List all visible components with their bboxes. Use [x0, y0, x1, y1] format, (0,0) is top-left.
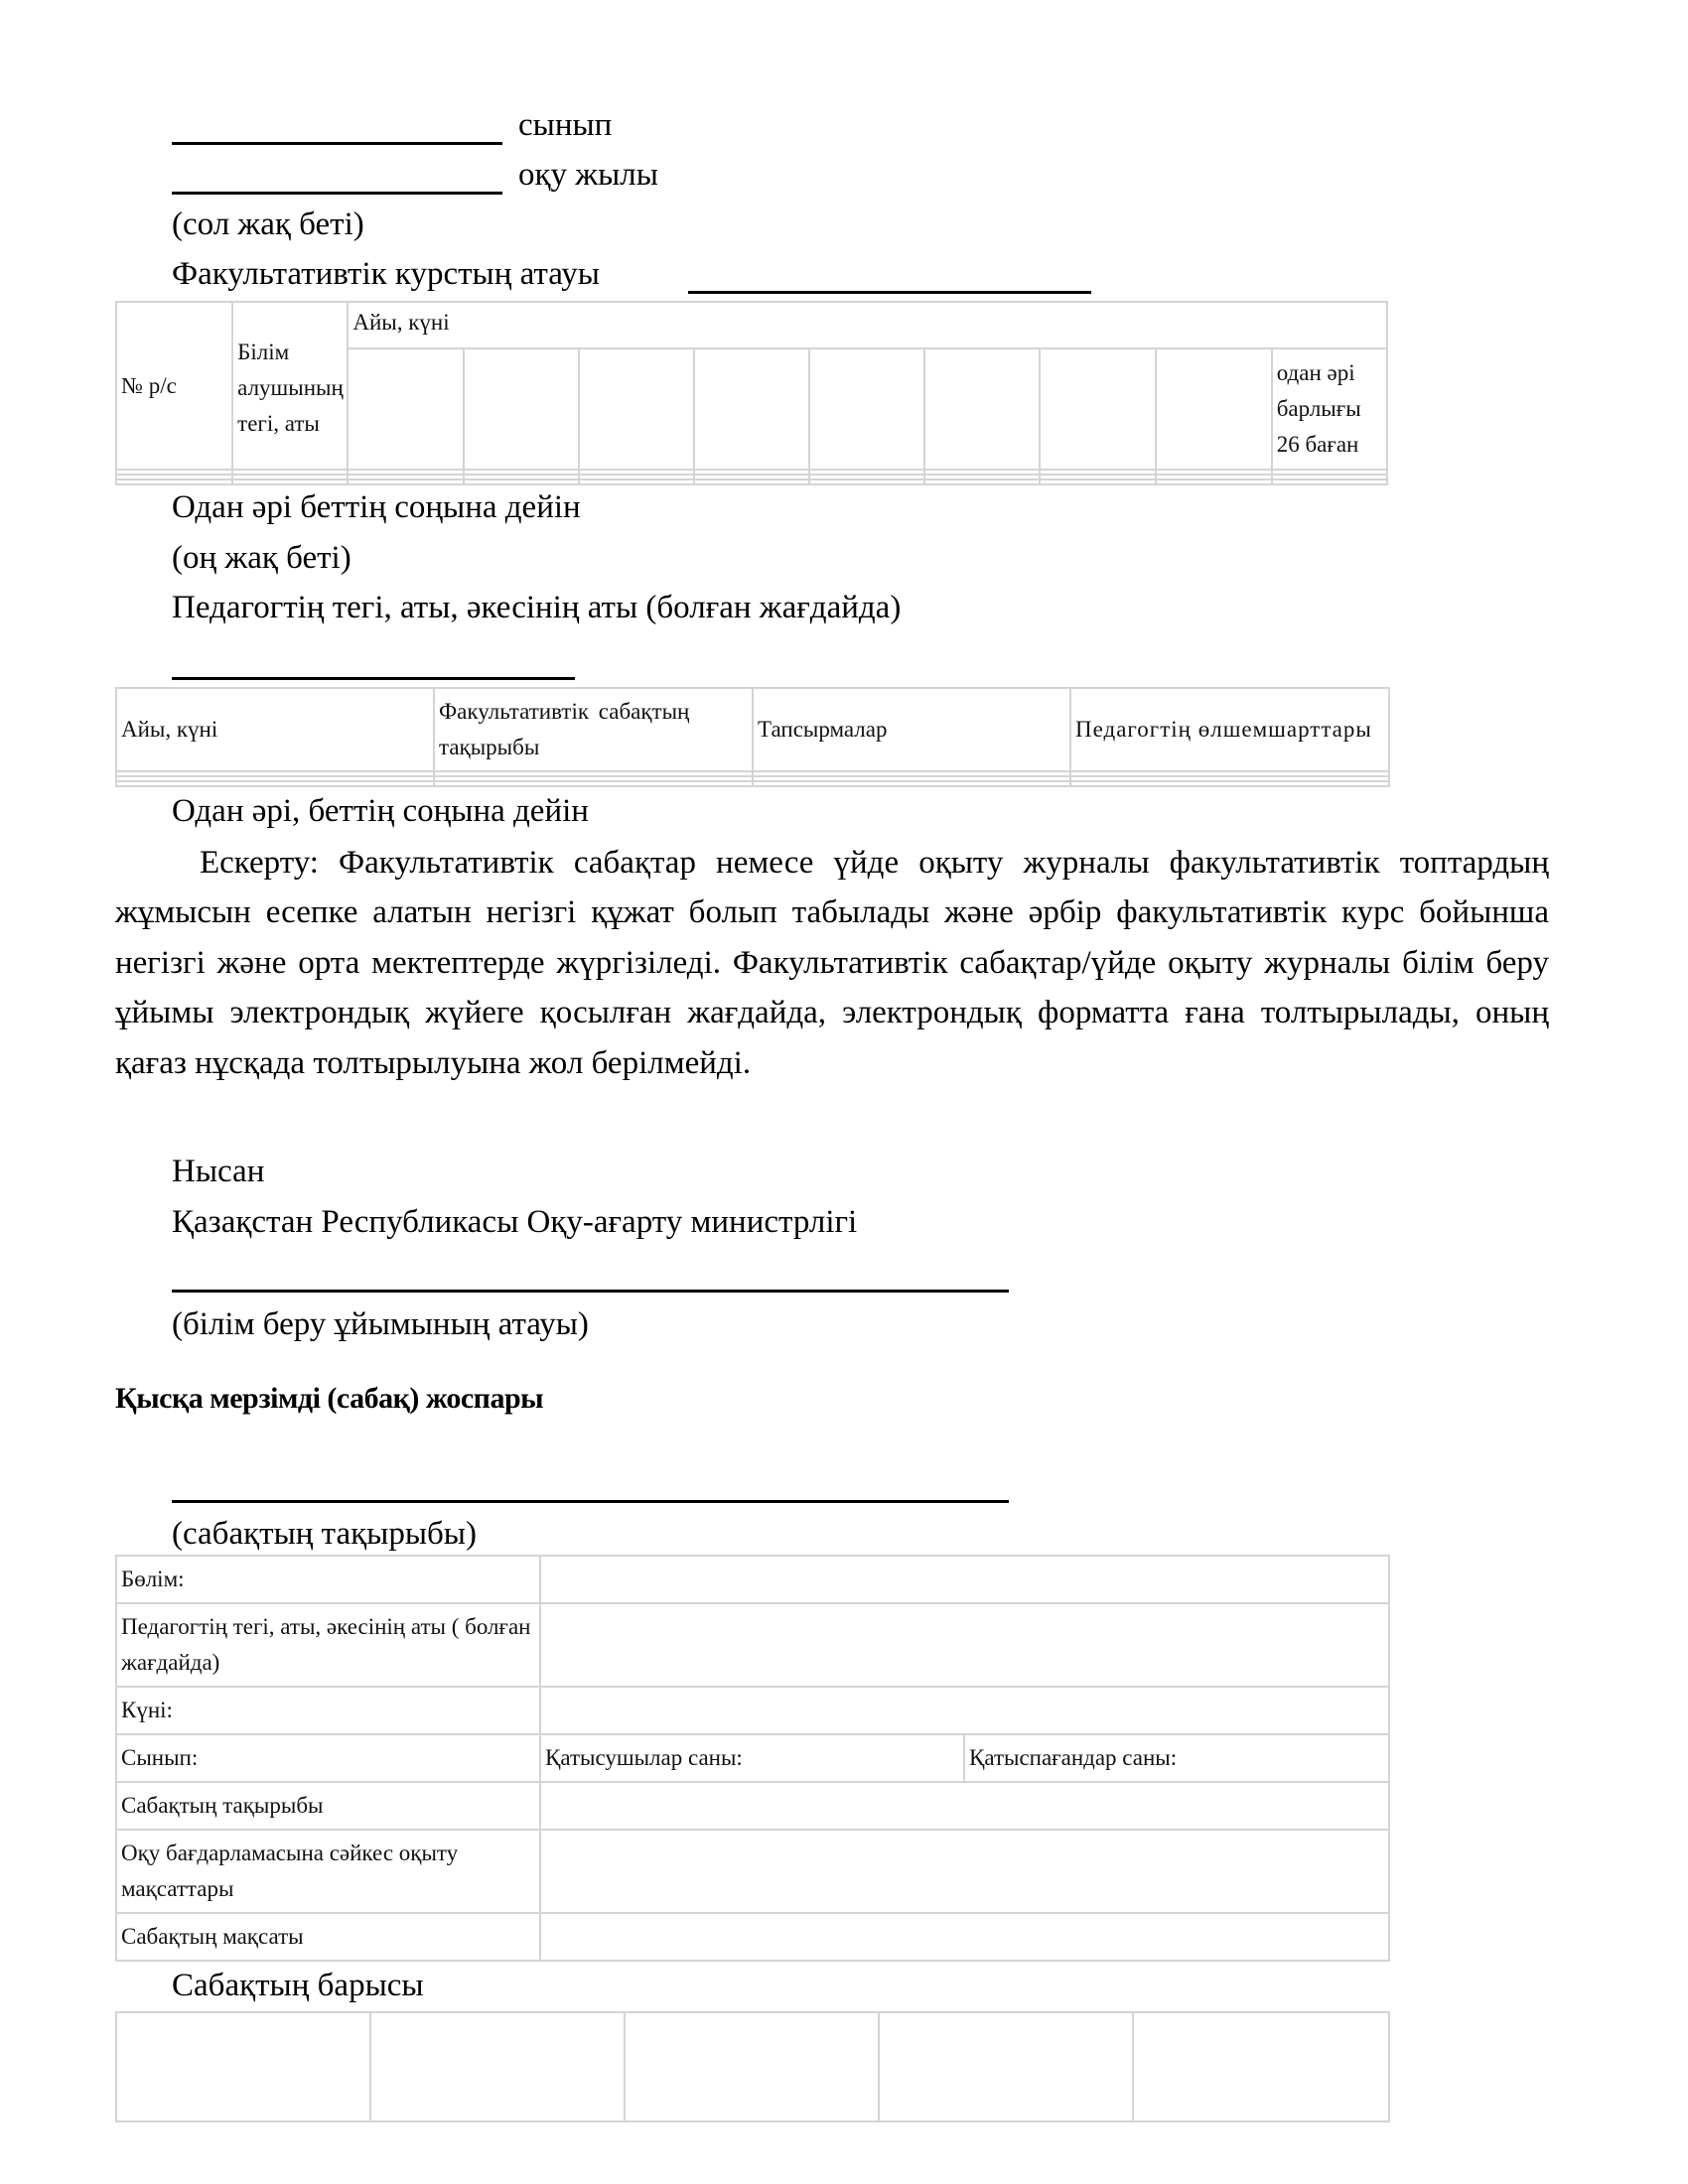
plan-teacher-label: Педагогтің тегі, аты, әкесінің аты ( бол… [116, 1603, 540, 1687]
flow-cell[interactable] [116, 2012, 370, 2121]
plan-goal-label: Сабақтың мақсаты [116, 1913, 540, 1961]
flow-cell[interactable] [879, 2012, 1133, 2121]
note-paragraph: Ескерту: Факультативтік сабақтар немесе … [115, 838, 1549, 1088]
plan-goal-value[interactable] [540, 1913, 1389, 1961]
plan-date-label: Күні: [116, 1687, 540, 1734]
lesson-flow-label: Сабақтың барысы [172, 1966, 424, 2005]
plan-section-value[interactable] [540, 1556, 1389, 1603]
plan-section-label: Бөлім: [116, 1556, 540, 1603]
ministry-label: Қазақстан Республикасы Оқу-ағарту минист… [172, 1202, 857, 1242]
date-cell[interactable] [348, 348, 463, 470]
journal-table: № р/с Білім алушының тегі, аты Айы, күні… [115, 301, 1388, 485]
year-blank-line[interactable] [172, 192, 502, 195]
date-cell[interactable] [464, 348, 579, 470]
form-label: Нысан [172, 1152, 264, 1191]
date-cell[interactable] [1040, 348, 1155, 470]
plan-present-label: Қатысушылар саны: [540, 1734, 964, 1782]
plan-teacher-value[interactable] [540, 1603, 1389, 1687]
flow-cell[interactable] [1133, 2012, 1389, 2121]
col-student-header: Білім алушының тегі, аты [232, 302, 348, 470]
lesson-topic-blank-line[interactable] [172, 1500, 1009, 1503]
plan-topic-value[interactable] [540, 1782, 1389, 1830]
plan-objectives-label: Оқу бағдарламасына сәйкес оқыту мақсатта… [116, 1830, 540, 1913]
course-name-blank-line[interactable] [688, 291, 1091, 294]
class-label: сынып [518, 105, 612, 145]
right-page-label: (оң жақ беті) [172, 538, 352, 578]
lesson-flow-table [115, 2011, 1390, 2122]
plan-absent-label: Қатыспағандар саны: [964, 1734, 1389, 1782]
course-name-label: Факультативтік курстың атауы [172, 254, 600, 294]
plan-date-value[interactable] [540, 1687, 1389, 1734]
lessons-header-tasks: Тапсырмалар [753, 688, 1070, 771]
plan-grade-label: Сынып: [116, 1734, 540, 1782]
teacher-label: Педагогтің тегі, аты, әкесінің аты (болғ… [172, 588, 901, 627]
date-cell[interactable] [1156, 348, 1272, 470]
col-total-header: одан әрі барлығы 26 баған [1272, 348, 1387, 470]
continue-text-1: Одан әрі беттің соңына дейін [172, 487, 581, 527]
lessons-table: Айы, күні Факультативтік сабақтың тақыры… [115, 687, 1390, 787]
lessons-header-criteria: Педагогтің өлшемшарттары [1070, 688, 1389, 771]
plan-topic-label: Сабақтың тақырыбы [116, 1782, 540, 1830]
col-number-header: № р/с [116, 302, 232, 470]
date-cell[interactable] [809, 348, 924, 470]
flow-cell[interactable] [625, 2012, 879, 2121]
org-name-blank-line[interactable] [172, 1290, 1009, 1293]
plan-objectives-value[interactable] [540, 1830, 1389, 1913]
year-label: оқу жылы [518, 155, 658, 195]
lessons-header-topic: Факультативтік сабақтың тақырыбы [434, 688, 753, 771]
date-cell[interactable] [924, 348, 1040, 470]
plan-table: Бөлім: Педагогтің тегі, аты, әкесінің ат… [115, 1555, 1390, 1962]
lesson-topic-caption: (сабақтың тақырыбы) [172, 1514, 477, 1554]
flow-cell[interactable] [370, 2012, 625, 2121]
plan-title: Қысқа мерзімді (сабақ) жоспары [115, 1382, 543, 1416]
org-name-caption: (білім беру ұйымының атауы) [172, 1304, 589, 1344]
teacher-blank-line[interactable] [172, 677, 575, 680]
continue-text-2: Одан әрі, беттің соңына дейін [172, 791, 589, 831]
lessons-header-date: Айы, күні [116, 688, 434, 771]
class-blank-line[interactable] [172, 142, 502, 145]
left-page-label: (сол жақ беті) [172, 205, 364, 244]
date-cell[interactable] [694, 348, 809, 470]
date-cell[interactable] [579, 348, 694, 470]
col-date-group-header: Айы, күні [348, 302, 1387, 348]
